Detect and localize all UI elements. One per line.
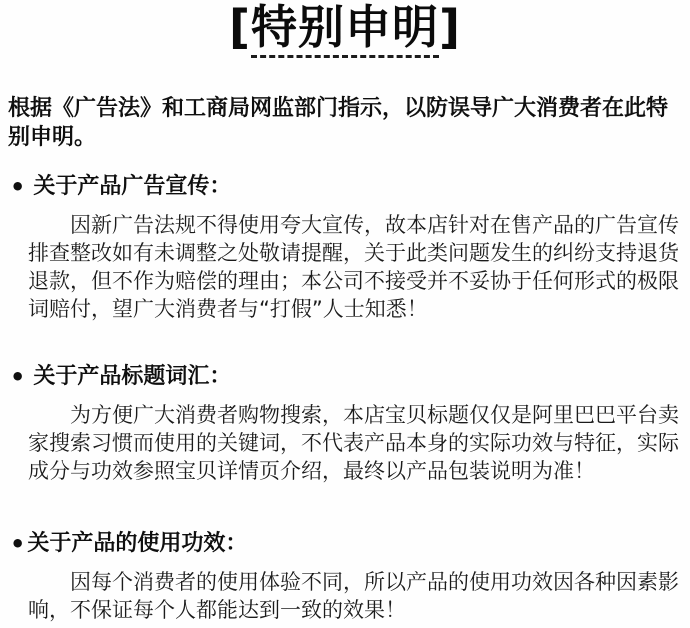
- section-heading: • 关于产品标题词汇：: [10, 364, 690, 390]
- section-heading: • 关于产品广告宣传：: [10, 174, 690, 200]
- section-heading-label: 关于产品广告宣传：: [33, 174, 231, 200]
- special-statement-page: [特别申明] 根据《广告法》和工商局网监部门指示，以防误导广大消费者在此特别申明…: [0, 0, 690, 628]
- section-body: 因每个消费者的使用体验不同，所以产品的使用功效因各种因素影响，不保证每个人都能达…: [28, 568, 686, 624]
- section-heading-label: 关于产品的使用功效：: [27, 531, 247, 557]
- title-bracket-left: [: [229, 0, 251, 54]
- section-usage-efficacy: • 关于产品的使用功效： 因每个消费者的使用体验不同，所以产品的使用功效因各种因…: [0, 531, 690, 624]
- bullet-icon: •: [10, 174, 25, 200]
- section-body: 为方便广大消费者购物搜索，本店宝贝标题仅仅是阿里巴巴平台卖家搜索习惯而使用的关键…: [28, 401, 686, 485]
- title-bracket-right: ]: [439, 0, 461, 54]
- title-text: 特别申明: [251, 2, 439, 58]
- section-title-keywords: • 关于产品标题词汇： 为方便广大消费者购物搜索，本店宝贝标题仅仅是阿里巴巴平台…: [0, 364, 690, 485]
- section-heading: • 关于产品的使用功效：: [10, 531, 690, 557]
- bullet-icon: •: [10, 364, 25, 390]
- intro-paragraph: 根据《广告法》和工商局网监部门指示，以防误导广大消费者在此特别申明。: [8, 94, 684, 152]
- section-ad-promotion: • 关于产品广告宣传： 因新广告法规不得使用夸大宣传，故本店针对在售产品的广告宣…: [0, 174, 690, 323]
- page-title: [特别申明]: [0, 2, 690, 58]
- bullet-icon: •: [10, 531, 25, 557]
- section-body: 因新广告法规不得使用夸大宣传，故本店针对在售产品的广告宣传排查整改如有未调整之处…: [28, 211, 686, 323]
- section-heading-label: 关于产品标题词汇：: [33, 364, 231, 390]
